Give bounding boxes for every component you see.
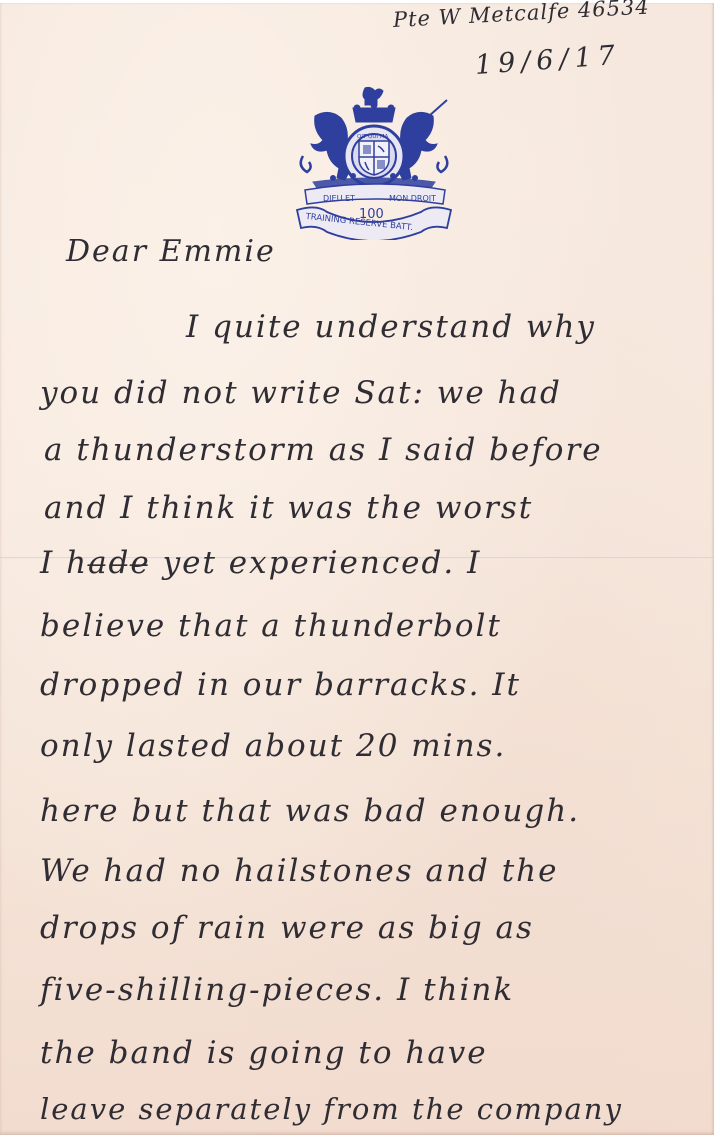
letter-line: drops of rain were as big as: [40, 910, 534, 946]
letter-line: and I think it was the worst: [44, 490, 533, 526]
letter-line: the band is going to have: [40, 1035, 488, 1071]
svg-text:MON DROIT: MON DROIT: [389, 194, 436, 203]
letter-line: five-shilling-pieces. I think: [40, 972, 514, 1008]
svg-text:OIT QUI MA: OIT QUI MA: [357, 134, 389, 140]
letter-line: I ha̶d̶e̶ yet experienced. I: [40, 545, 481, 581]
letter-line: here but that was bad enough.: [40, 793, 580, 829]
letter-line: dropped in our barracks. It: [40, 667, 521, 703]
letter-line: We had no hailstones and the: [40, 853, 558, 889]
letter-line: leave separately from the company: [40, 1092, 623, 1126]
letter-line: a thunderstorm as I said before: [44, 432, 603, 468]
royal-coat-of-arms-icon: DIEU ET MON DROIT 100 TRAINING RESERVE B…: [293, 86, 455, 240]
letter-line: I quite understand why: [186, 309, 596, 345]
letter-line: you did not write Sat: we had: [40, 375, 562, 411]
salutation: Dear Emmie: [66, 234, 276, 269]
svg-text:DIEU ET: DIEU ET: [323, 194, 355, 203]
letter-line: only lasted about 20 mins.: [40, 728, 506, 764]
letter-line: believe that a thunderbolt: [40, 608, 502, 644]
